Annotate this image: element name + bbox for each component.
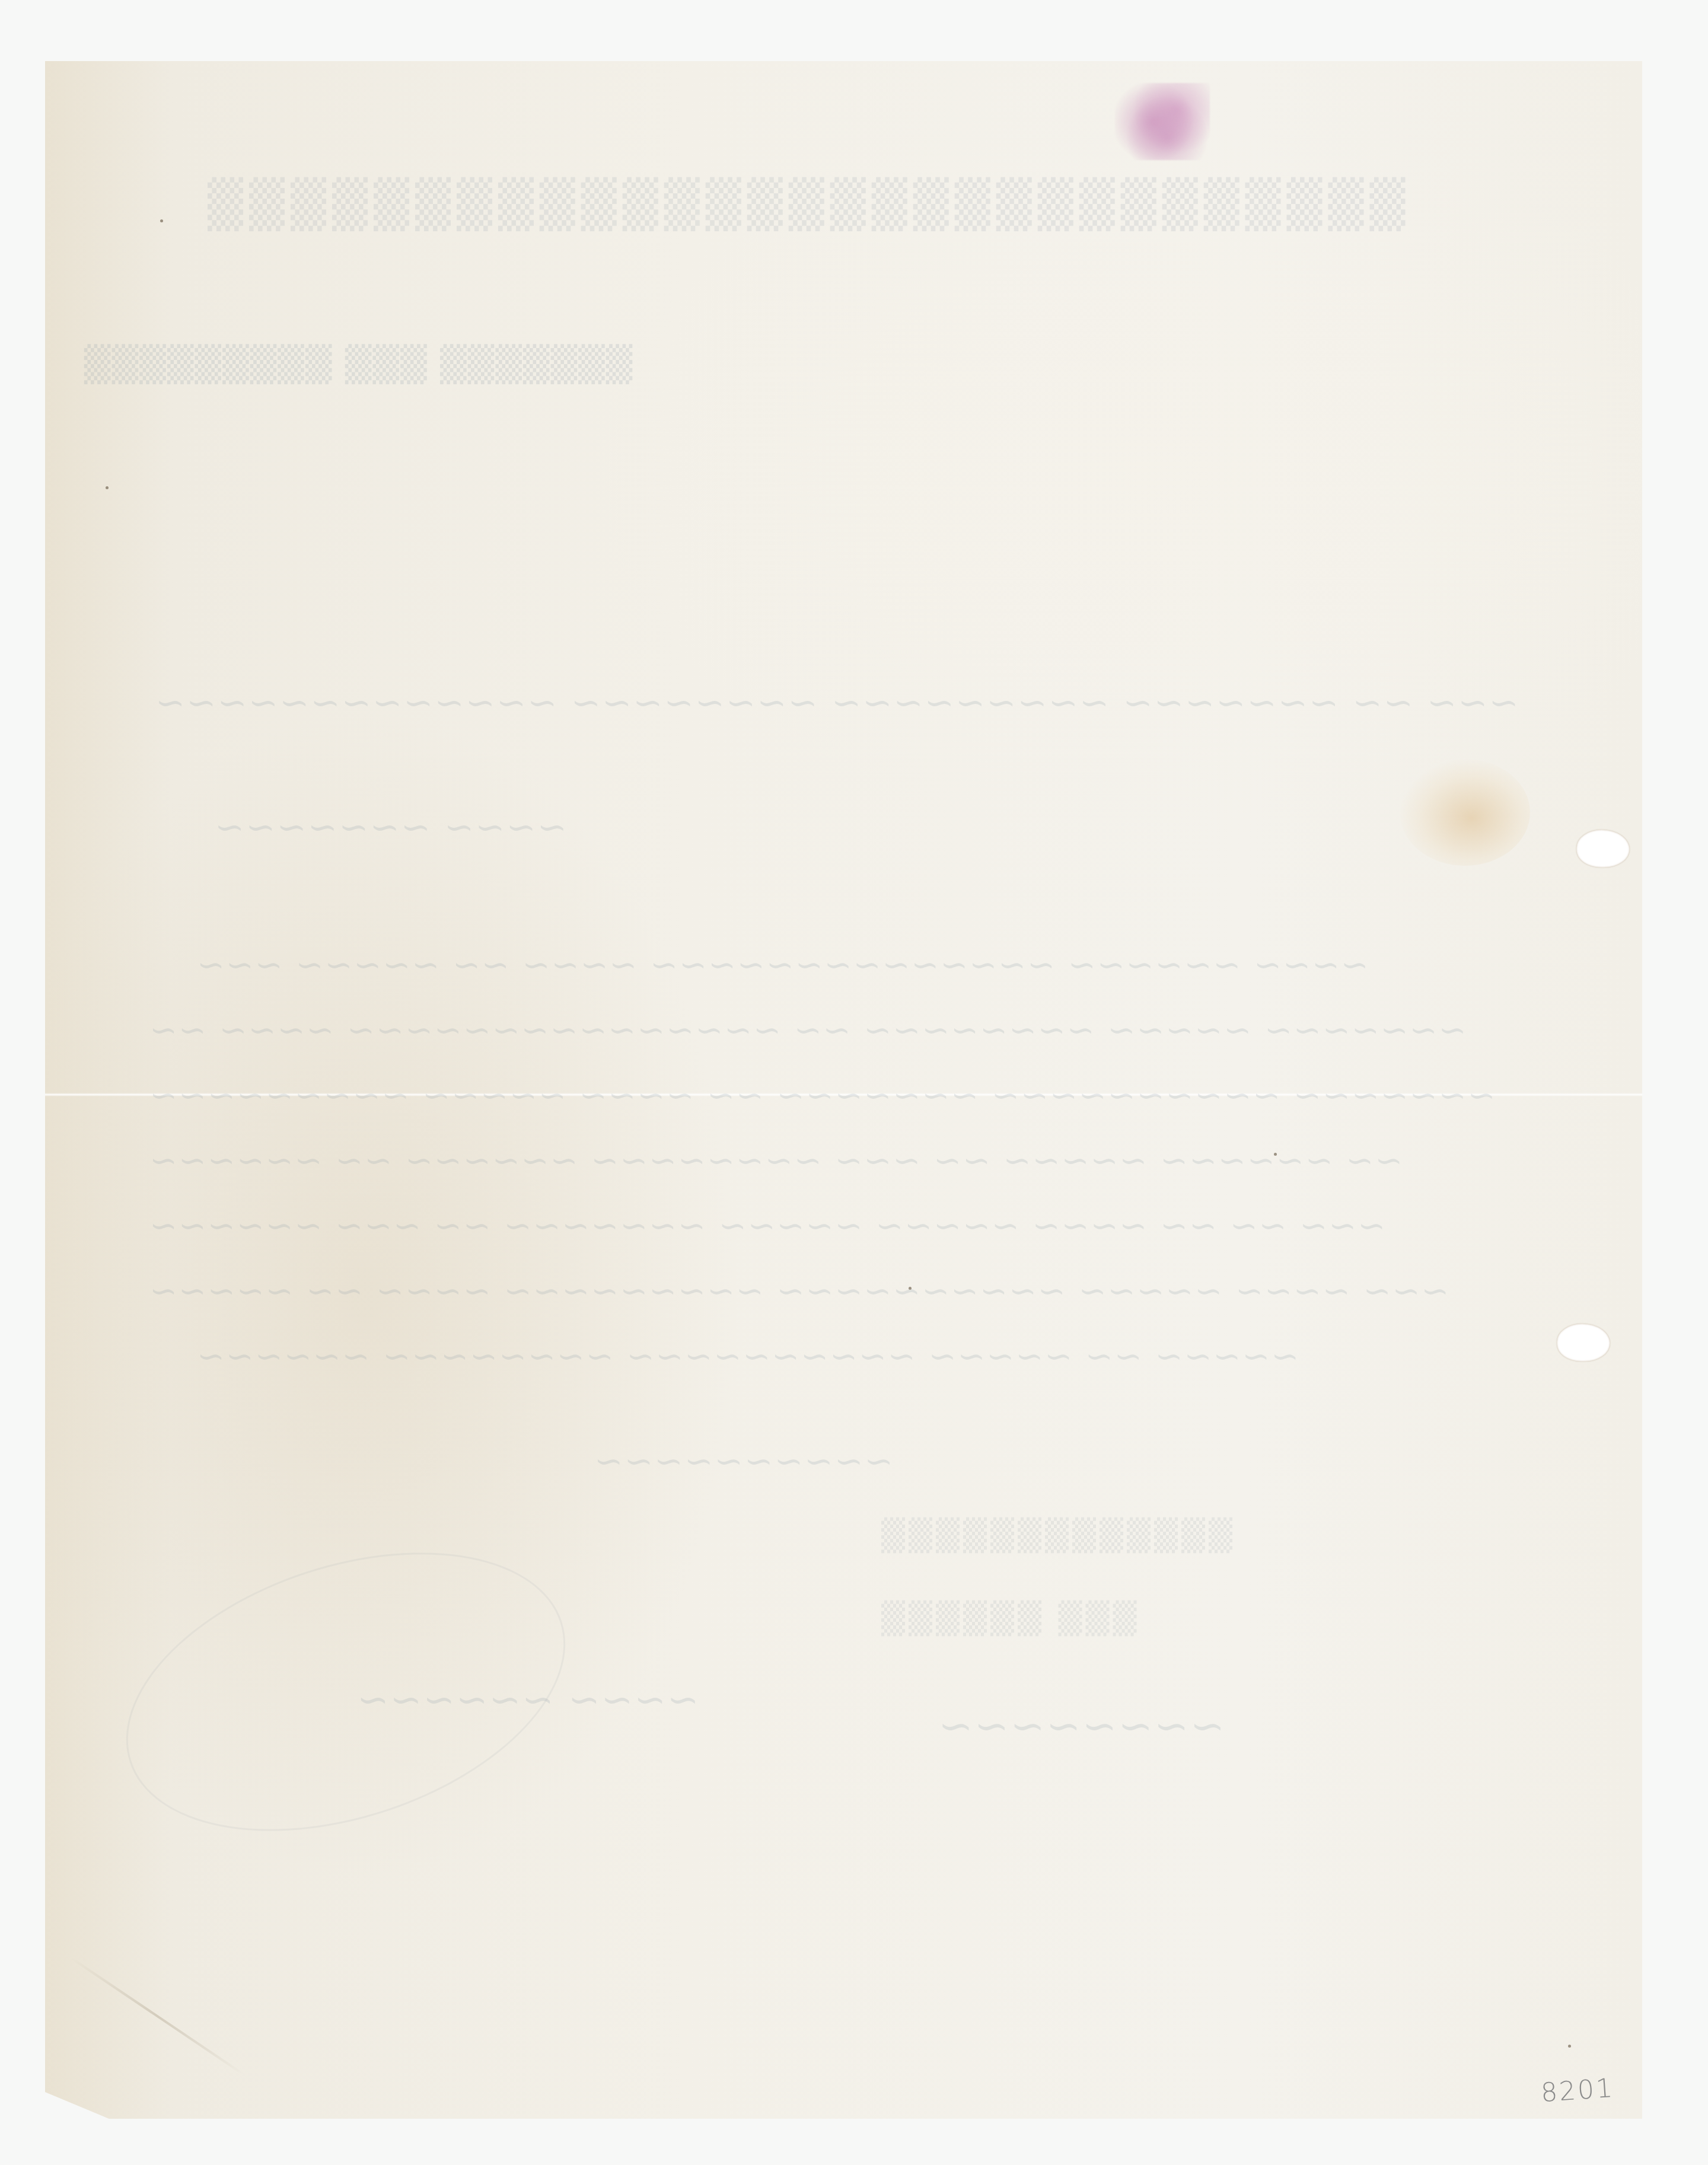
bleed-through-signature: ~~~~~~~~ <box>937 1702 1225 1751</box>
paper-speck <box>160 219 163 222</box>
paper-stain <box>1400 759 1530 866</box>
archive-number: 8201 <box>1540 2073 1615 2109</box>
pink-stamp-mark <box>1115 83 1210 160</box>
bleed-through-letterhead: ▒▒▒▒▒▒▒▒▒▒▒▒▒▒▒▒▒▒▒▒▒▒▒▒▒▒▒▒▒ <box>202 178 1406 231</box>
bleed-through-body-line: ~~~~~ ~~ ~~~~~ ~~~~~~~~~~ ~~~~~~~~ ~~~~~… <box>196 1337 1299 1376</box>
paper-speck <box>1568 2045 1571 2048</box>
bleed-through-stamp-line: ▒▒▒ ▒▒▒▒▒▒ <box>878 1601 1136 1637</box>
bleed-through-body-line: ~~~~~~~ ~~~~~ ~~~~~~~~ ~~ ~~~~~~~~~~~~~~… <box>148 1011 1466 1050</box>
bleed-through-salutation: ~~~~ ~~~~~~~ <box>213 806 567 848</box>
document-scan: ▒▒▒▒▒▒▒▒▒▒▒▒▒▒▒▒▒▒▒▒▒▒▒▒▒▒▒▒▒ ▒▒▒▒▒▒▒ ▒▒… <box>0 0 1708 2165</box>
bleed-through-body-line: ~~~ ~~~~ ~~~~~ ~~~~~~~~~~ ~~~~~~~~~ ~~~~… <box>148 1272 1449 1311</box>
paper-speck <box>106 486 109 489</box>
punch-hole-upper <box>1576 830 1630 868</box>
bleed-through-body-line: ~~~~~~~ ~~~~~~~~~~ ~~~~~~~ ~~ ~~~~ ~~~~~… <box>148 1076 1495 1115</box>
punch-hole-lower <box>1557 1324 1610 1362</box>
bleed-through-salutation: ~~~ ~~ ~~~~~~~ ~~~~~~~~~ ~~~~~~~~ ~~~~~~… <box>154 682 1519 723</box>
bleed-through-stamp-line: ▒▒▒▒▒▒▒▒▒▒▒▒▒ <box>878 1518 1232 1554</box>
bleed-through-body-line: ~~~~ ~~~~~~ ~~~~~~~~~~~~~~ ~~~~ ~~ ~~~~~… <box>196 946 1369 984</box>
bleed-through-body-line: ~~~ ~~ ~~ ~~~~ ~~~~~ ~~~~~ ~~~~~~~ ~~ ~~… <box>148 1207 1385 1245</box>
bleed-through-body-line: ~~ ~~~~~~ ~~~~~ ~~ ~~~ ~~~~~~~~ ~~~~~~ ~… <box>148 1142 1403 1180</box>
bleed-through-closing: ~~~~~~~~~~ <box>593 1441 893 1481</box>
bleed-through-dateline: ▒▒▒▒▒▒▒ ▒▒▒ ▒▒▒▒▒▒▒▒▒ <box>83 344 632 384</box>
